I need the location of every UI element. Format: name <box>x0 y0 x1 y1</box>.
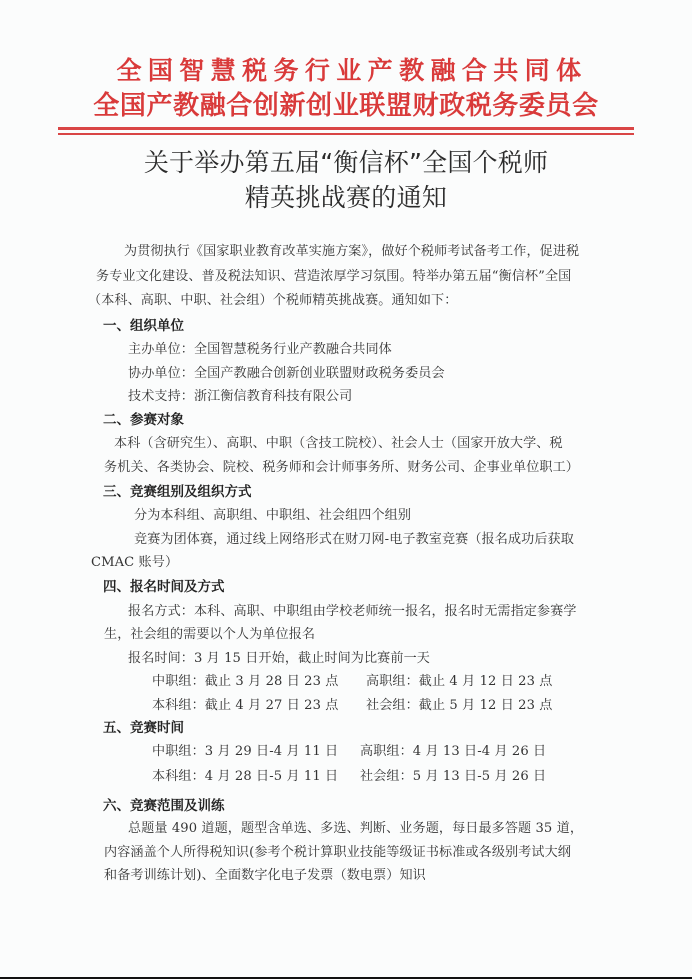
intro-line-3: （本科、高职、中职、社会组）个税师精英挑战赛。通知如下： <box>88 292 457 310</box>
section-1-heading: 一、组织单位 <box>103 317 184 335</box>
co-organizer-line: 协办单位：全国产教融合创新创业联盟财政税务委员会 <box>128 365 445 383</box>
organizer-line: 主办单位：全国智慧税务行业产教融合共同体 <box>128 341 392 359</box>
intro-line-2: 务专业文化建设、普及税法知识、营造浓厚学习氛围。特举办第五届“衡信杯”全国 <box>96 268 571 286</box>
section-5-heading: 五、竞赛时间 <box>103 719 184 737</box>
schedule-public: 社会组：5 月 13 日-5 月 26 日 <box>360 768 546 786</box>
schedule-undergraduate: 本科组：4 月 28 日-5 月 11 日 <box>152 768 338 786</box>
deadline-public: 社会组：截止 5 月 12 日 23 点 <box>366 697 552 715</box>
registration-time-line: 报名时间：3 月 15 日开始，截止时间为比赛前一天 <box>128 650 430 668</box>
letterhead-line-2: 全国产教融合创新创业联盟财政税务委员会 <box>0 90 692 122</box>
participants-line-2: 务机关、各类协会、院校、税务师和会计师事务所、财务公司、企事业单位职工） <box>104 459 579 477</box>
intro-line-1: 为贯彻执行《国家职业教育改革实施方案》，做好个税师考试备考工作，促进税 <box>124 243 579 261</box>
registration-method-line-1: 报名方式：本科、高职、中职组由学校老师统一报名，报名时无需指定参赛学 <box>128 603 577 621</box>
document-title-line-1: 关于举办第五届“衡信杯”全国个税师 <box>0 148 692 178</box>
participants-line-1: 本科（含研究生）、高职、中职（含技工院校）、社会人士（国家开放大学、税 <box>114 435 563 453</box>
deadline-undergraduate: 本科组：截止 4 月 27 日 23 点 <box>152 697 338 715</box>
schedule-higher-vocational: 高职组：4 月 13 日-4 月 26 日 <box>360 743 546 761</box>
format-line-1: 竞赛为团体赛，通过线上网络形式在财刀网-电子教室竞赛（报名成功后获取 <box>134 531 574 549</box>
scope-line-2: 内容涵盖个人所得税知识(参考个税计算职业技能等级证书标准或各级别考试大纲 <box>104 844 571 862</box>
tech-support-line: 技术支持：浙江衡信教育科技有限公司 <box>128 388 352 406</box>
letterhead-rule-thin <box>58 133 634 135</box>
scope-line-1: 总题量 490 道题，题型含单选、多选、判断、业务题，每日最多答题 35 道， <box>128 820 583 838</box>
section-6-heading: 六、竞赛范围及训练 <box>103 797 225 815</box>
section-3-heading: 三、竞赛组别及组织方式 <box>103 483 252 501</box>
deadline-vocational-secondary: 中职组：截止 3 月 28 日 23 点 <box>152 673 338 691</box>
scope-line-3: 和备考训练计划)、全面数字化电子发票（数电票）知识 <box>104 867 426 885</box>
section-4-heading: 四、报名时间及方式 <box>103 578 225 596</box>
format-line-2: CMAC 账号） <box>91 554 178 572</box>
letterhead-rule-thick <box>58 127 634 130</box>
schedule-vocational-secondary: 中职组：3 月 29 日-4 月 11 日 <box>152 743 338 761</box>
groups-line: 分为本科组、高职组、中职组、社会组四个组别 <box>134 507 411 525</box>
document-page: 全国智慧税务行业产教融合共同体 全国产教融合创新创业联盟财政税务委员会 关于举办… <box>0 0 692 977</box>
letterhead-line-1: 全国智慧税务行业产教融合共同体 <box>0 56 692 86</box>
registration-method-line-2: 生，社会组的需要以个人为单位报名 <box>104 626 315 644</box>
deadline-higher-vocational: 高职组：截止 4 月 12 日 23 点 <box>366 673 552 691</box>
section-2-heading: 二、参赛对象 <box>103 411 184 429</box>
document-title-line-2: 精英挑战赛的通知 <box>0 183 692 213</box>
